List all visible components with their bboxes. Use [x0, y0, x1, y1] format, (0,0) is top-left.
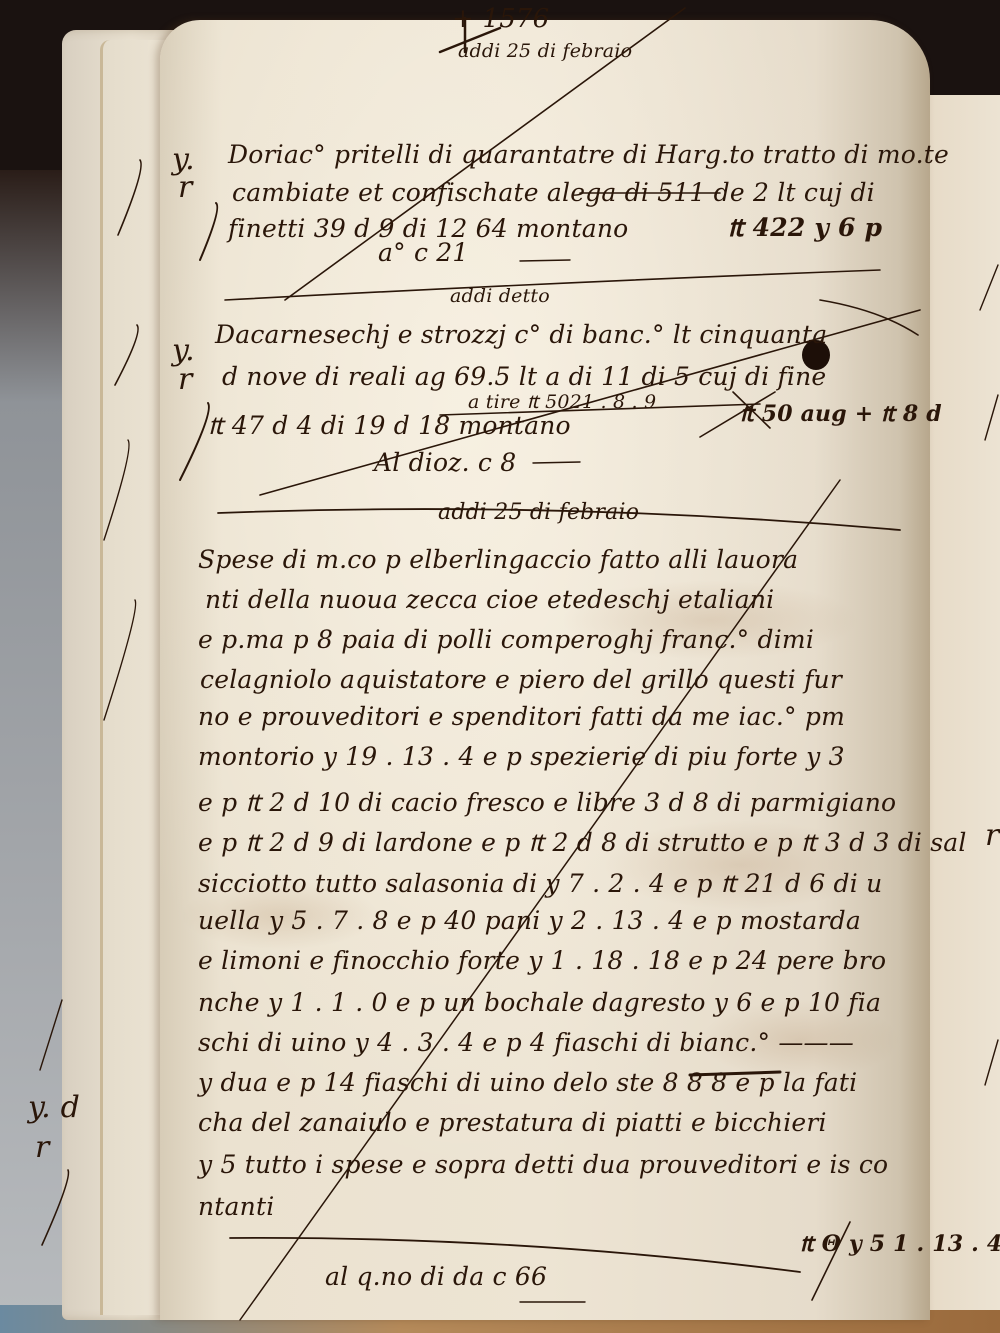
pen-strokes [0, 0, 1000, 1333]
